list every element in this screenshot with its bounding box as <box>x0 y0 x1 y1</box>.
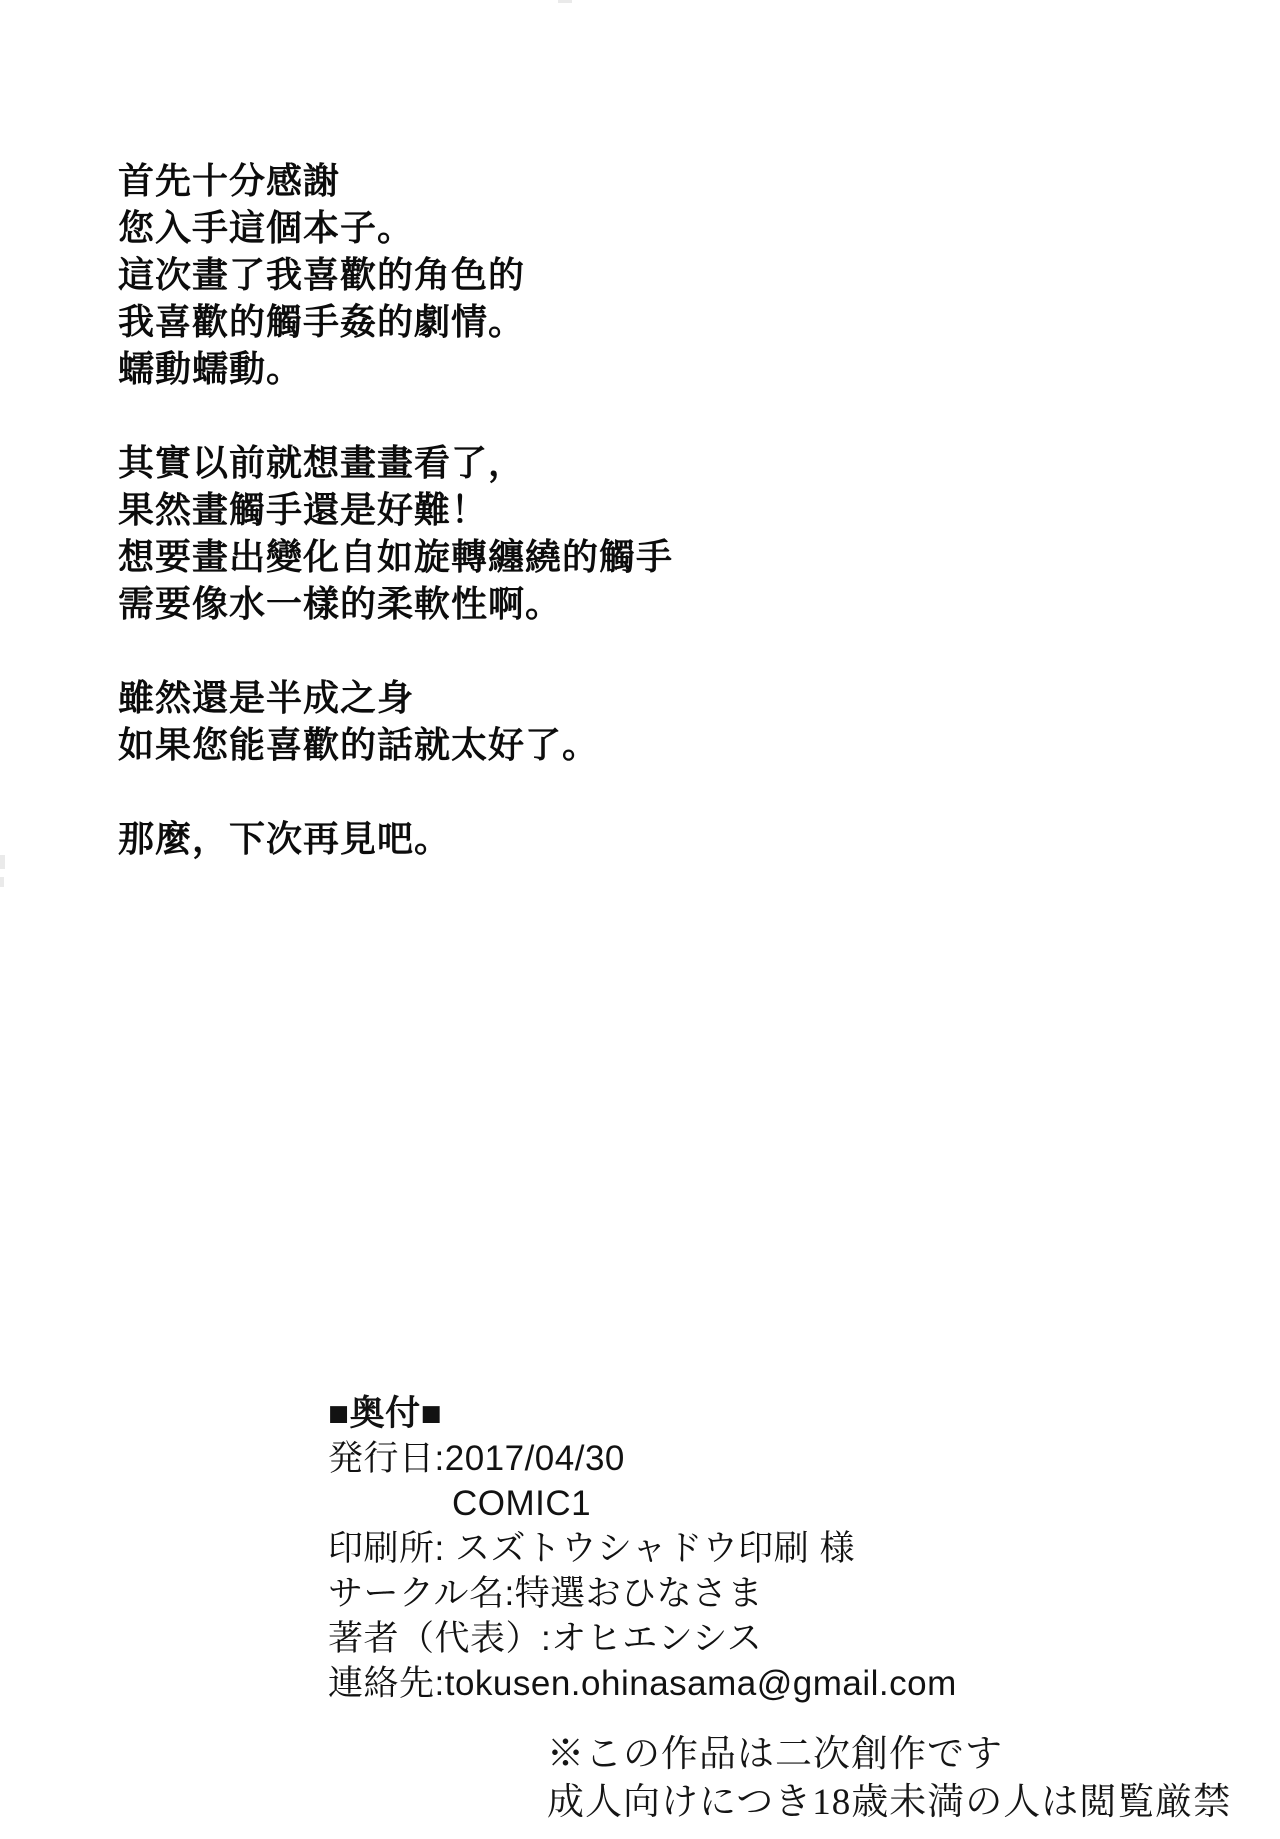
afterword-line: 我喜歡的觸手姦的劇情。 <box>118 298 673 345</box>
afterword-paragraph: 雖然還是半成之身 如果您能喜歡的話就太好了。 <box>118 674 673 768</box>
colophon-circle-name: サークル名:特選おひなさま <box>328 1571 957 1616</box>
afterword-line: 蠕動蠕動。 <box>118 345 673 392</box>
colophon-heading: ■奥付■ <box>328 1391 957 1436</box>
adult-notice: ※この作品は二次創作です 成人向けにつき18歳未満の人は閲覧厳禁 <box>547 1731 1231 1827</box>
afterword-line: 這次畫了我喜歡的角色的 <box>118 251 673 298</box>
colophon-printer: 印刷所: スズトウシャドウ印刷 様 <box>328 1526 957 1571</box>
colophon-contact-email: 連絡先:tokusen.ohinasama@gmail.com <box>328 1661 957 1706</box>
afterword-text: 首先十分感謝 您入手這個本子。 這次畫了我喜歡的角色的 我喜歡的觸手姦的劇情。 … <box>118 157 673 862</box>
afterword-line: 您入手這個本子。 <box>118 204 673 251</box>
scan-artifact <box>0 855 5 869</box>
afterword-line: 雖然還是半成之身 <box>118 674 673 721</box>
afterword-line: 那麼，下次再見吧。 <box>118 815 673 862</box>
afterword-line: 如果您能喜歡的話就太好了。 <box>118 721 673 768</box>
afterword-line: 需要像水一樣的柔軟性啊。 <box>118 580 673 627</box>
scan-artifact <box>558 0 572 3</box>
afterword-line: 果然畫觸手還是好難！ <box>118 486 673 533</box>
afterword-paragraph: 那麼，下次再見吧。 <box>118 815 673 862</box>
scanned-page: 首先十分感謝 您入手這個本子。 這次畫了我喜歡的角色的 我喜歡的觸手姦的劇情。 … <box>0 0 1280 1839</box>
afterword-paragraph: 首先十分感謝 您入手這個本子。 這次畫了我喜歡的角色的 我喜歡的觸手姦的劇情。 … <box>118 157 673 392</box>
afterword-line: 想要畫出變化自如旋轉纏繞的觸手 <box>118 533 673 580</box>
afterword-line: 其實以前就想畫畫看了， <box>118 439 673 486</box>
afterword-line: 首先十分感謝 <box>118 157 673 204</box>
colophon-publish-date: 発行日:2017/04/30 <box>328 1436 957 1481</box>
derivative-work-notice: ※この作品は二次創作です <box>547 1731 1231 1779</box>
colophon-author: 著者（代表）:オヒエンシス <box>328 1616 957 1661</box>
age-restriction-notice: 成人向けにつき18歳未満の人は閲覧厳禁 <box>547 1779 1231 1827</box>
colophon-event-name: COMIC1 <box>328 1481 957 1526</box>
colophon: ■奥付■ 発行日:2017/04/30 COMIC1 印刷所: スズトウシャドウ… <box>328 1391 957 1706</box>
scan-artifact <box>0 877 4 887</box>
afterword-paragraph: 其實以前就想畫畫看了， 果然畫觸手還是好難！ 想要畫出變化自如旋轉纏繞的觸手 需… <box>118 439 673 627</box>
